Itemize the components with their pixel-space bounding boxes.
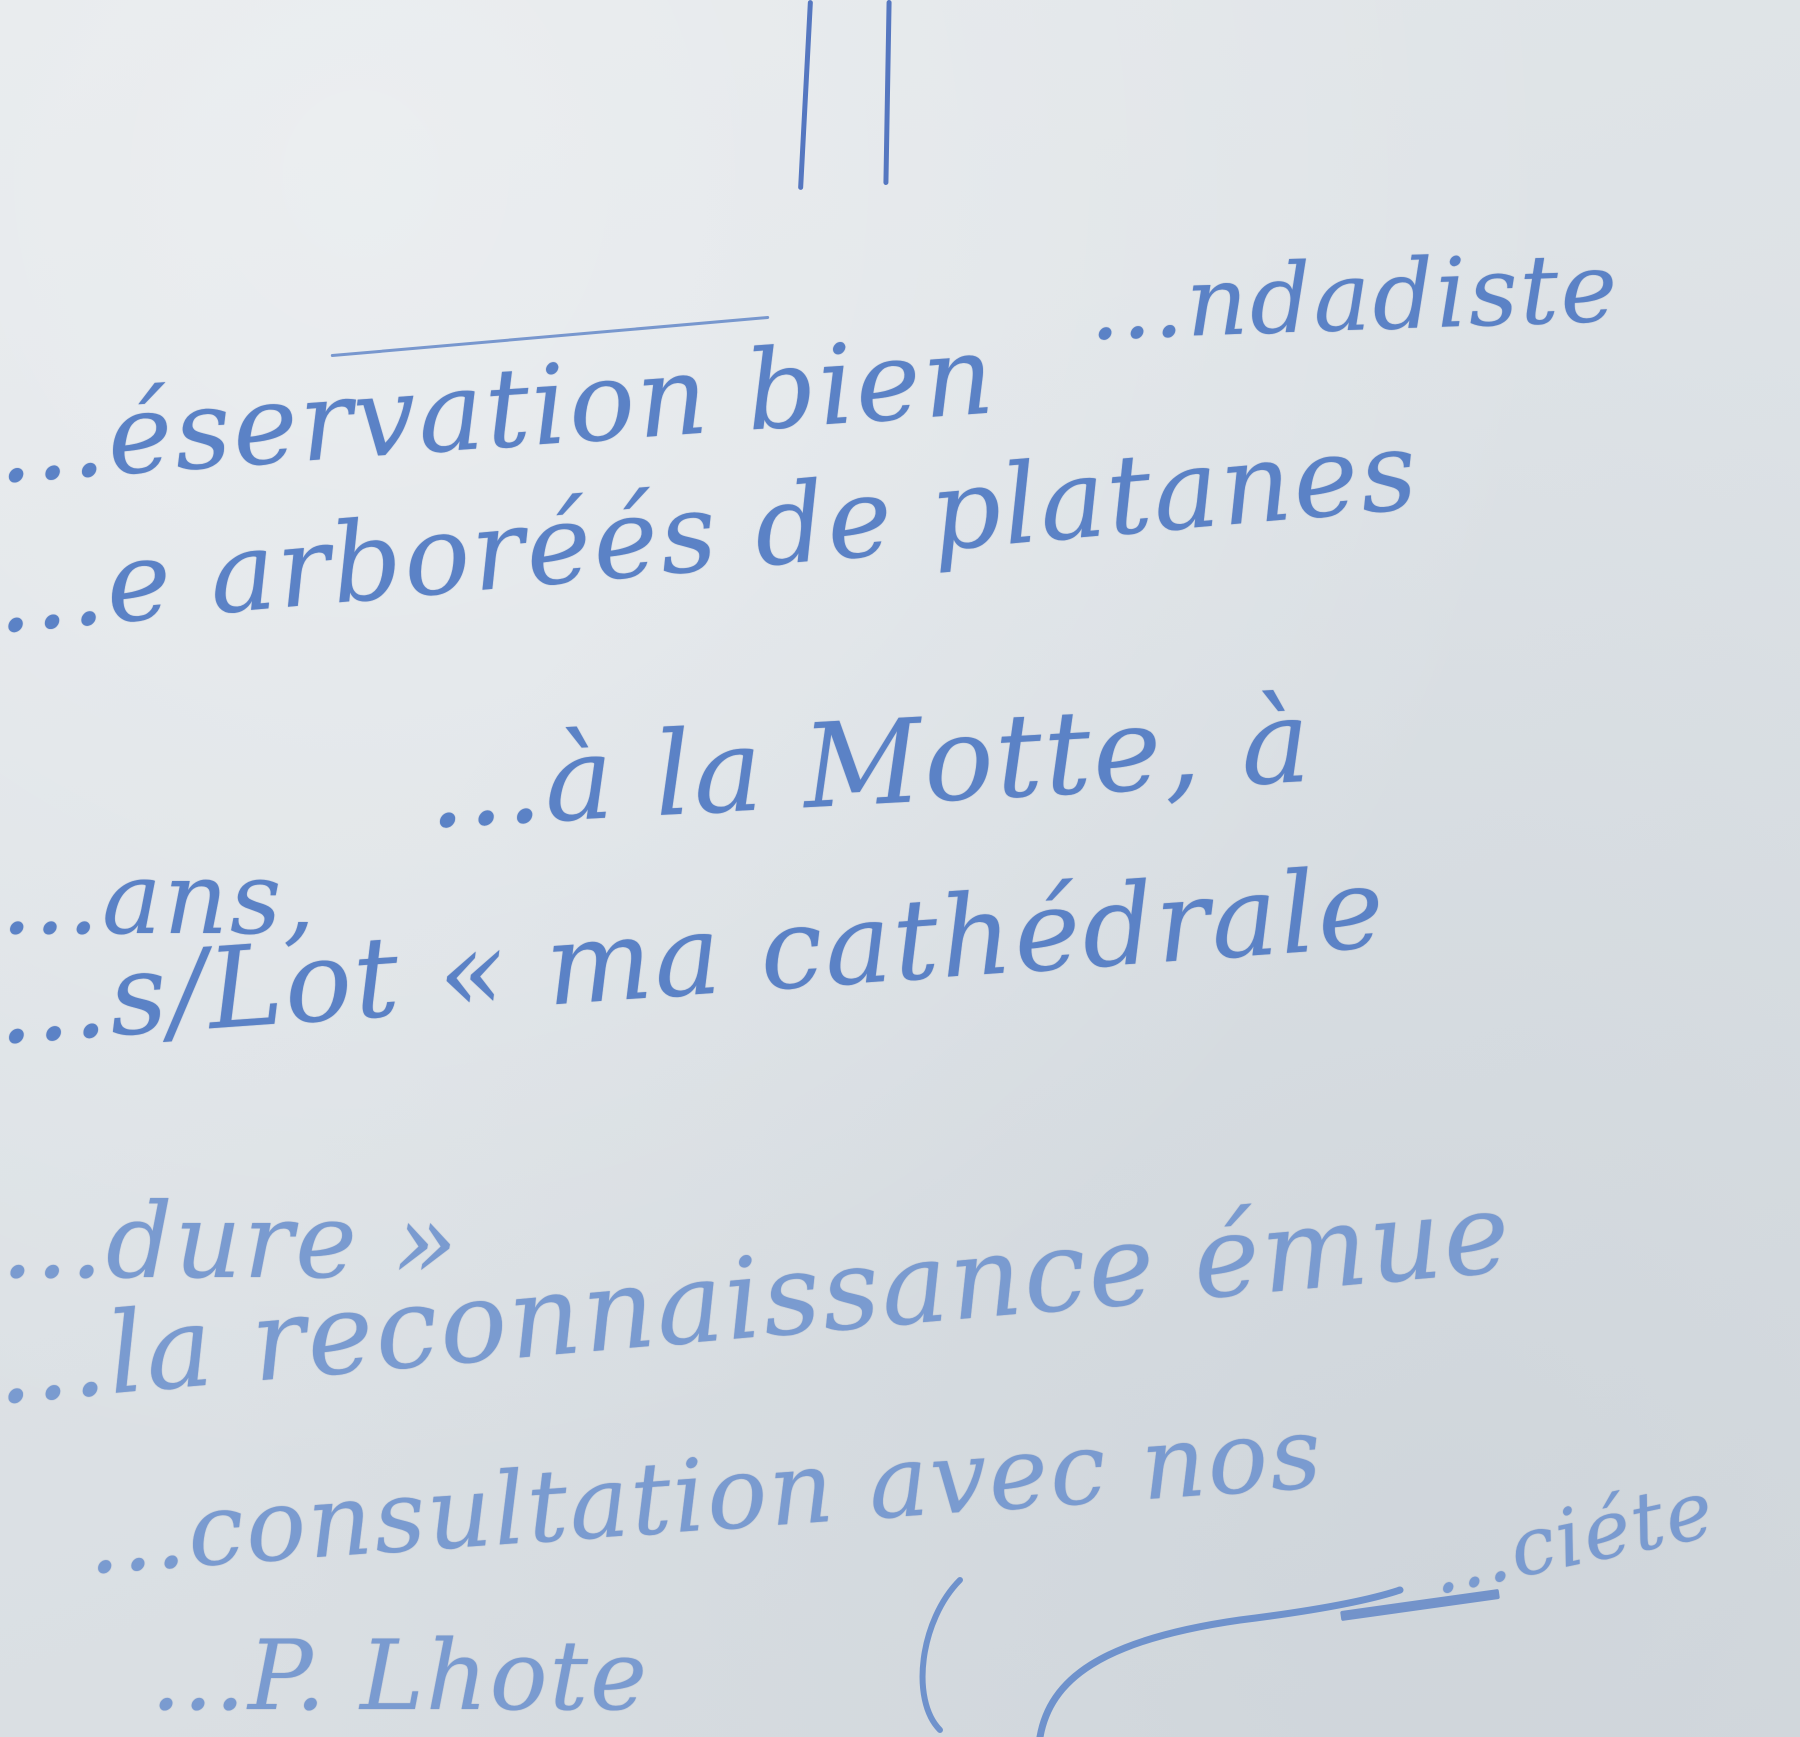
handwritten-line-1: …ndadiste xyxy=(1086,232,1621,362)
signature: …P. Lhote xyxy=(150,1620,649,1732)
top-mark-right xyxy=(883,0,891,185)
handwritten-line-4: …à la Motte, à xyxy=(423,674,1315,855)
signature-flourish xyxy=(900,1560,1600,1737)
handwritten-page: …ndadiste …éservation bien …e arboréés d… xyxy=(0,0,1800,1737)
top-mark-left xyxy=(798,0,813,190)
